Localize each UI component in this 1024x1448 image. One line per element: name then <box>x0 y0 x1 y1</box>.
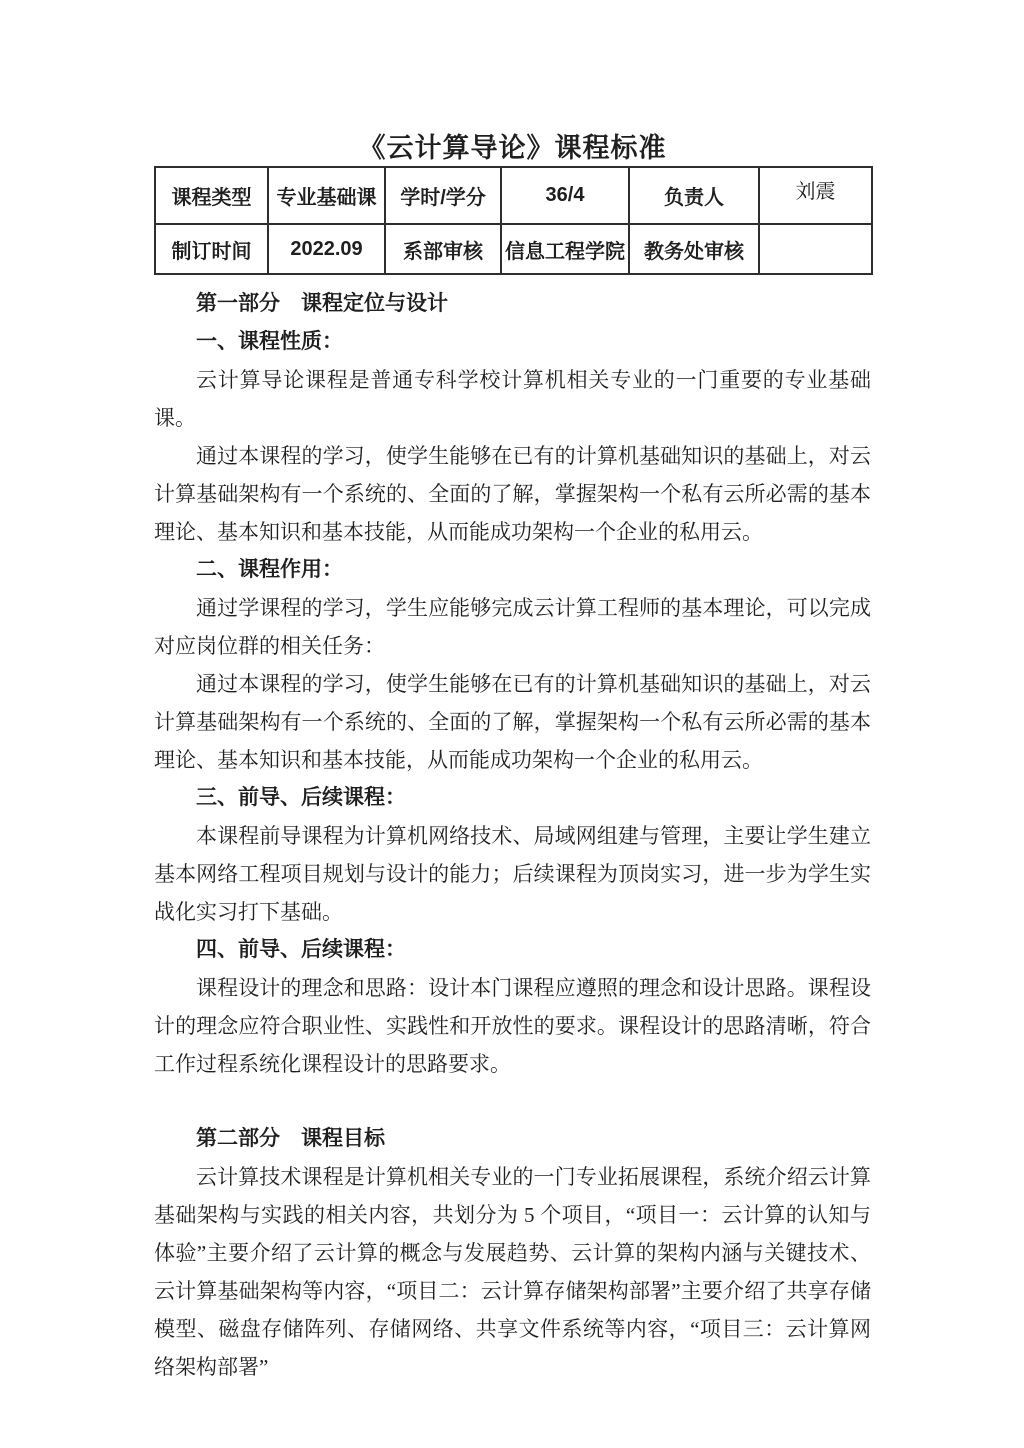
cell-hours-credits-label: 学时/学分 <box>385 167 501 224</box>
cell-date-label: 制订时间 <box>155 224 268 274</box>
document-body: 第一部分 课程定位与设计 一、课程性质： 云计算导论课程是普通专科学校计算机相关… <box>154 285 871 1386</box>
part2-para1: 云计算技术课程是计算机相关专业的一门专业拓展课程，系统介绍云计算基础架构与实践的… <box>154 1158 871 1386</box>
part1-section1-para1: 云计算导论课程是普通专科学校计算机相关专业的一门重要的专业基础课。 <box>154 361 871 437</box>
course-info-table: 课程类型 专业基础课 学时/学分 36/4 负责人 刘震 制订时间 2022.0… <box>154 166 873 275</box>
part1-section1-para2: 通过本课程的学习，使学生能够在已有的计算机基础知识的基础上，对云计算基础架构有一… <box>154 437 871 551</box>
document-title: 《云计算导论》课程标准 <box>154 130 871 166</box>
part1-section2-para1: 通过学课程的学习，学生应能够完成云计算工程师的基本理论，可以完成对应岗位群的相关… <box>154 589 871 665</box>
part1-section3-heading: 三、前导、后续课程： <box>154 779 871 817</box>
table-row: 课程类型 专业基础课 学时/学分 36/4 负责人 刘震 <box>155 167 872 224</box>
part1-section2-para2: 通过本课程的学习，使学生能够在已有的计算机基础知识的基础上，对云计算基础架构有一… <box>154 665 871 779</box>
part1-section1-heading: 一、课程性质： <box>154 323 871 361</box>
part1-section3-para1: 本课程前导课程为计算机网络技术、局域网组建与管理，主要让学生建立基本网络工程项目… <box>154 817 871 931</box>
cell-dept-review-value: 信息工程学院 <box>501 224 629 274</box>
part1-title: 第一部分 课程定位与设计 <box>154 285 871 323</box>
table-row: 制订时间 2022.09 系部审核 信息工程学院 教务处审核 <box>155 224 872 274</box>
cell-academic-office-review-label: 教务处审核 <box>629 224 759 274</box>
cell-course-type-label: 课程类型 <box>155 167 268 224</box>
cell-course-type-value: 专业基础课 <box>268 167 385 224</box>
part1-section4-para1: 课程设计的理念和思路：设计本门课程应遵照的理念和设计思路。课程设计的理念应符合职… <box>154 969 871 1083</box>
cell-academic-office-review-value <box>759 224 872 274</box>
cell-person-in-charge-label: 负责人 <box>629 167 759 224</box>
part1-section4-heading: 四、前导、后续课程： <box>154 931 871 969</box>
document-page: 《云计算导论》课程标准 课程类型 专业基础课 学时/学分 36/4 负责人 刘震… <box>154 130 871 1386</box>
cell-person-in-charge-value: 刘震 <box>759 167 872 224</box>
part1-section2-heading: 二、课程作用： <box>154 551 871 589</box>
cell-date-value: 2022.09 <box>268 224 385 274</box>
cell-hours-credits-value: 36/4 <box>501 167 629 224</box>
cell-dept-review-label: 系部审核 <box>385 224 501 274</box>
part2-title: 第二部分 课程目标 <box>154 1120 871 1158</box>
